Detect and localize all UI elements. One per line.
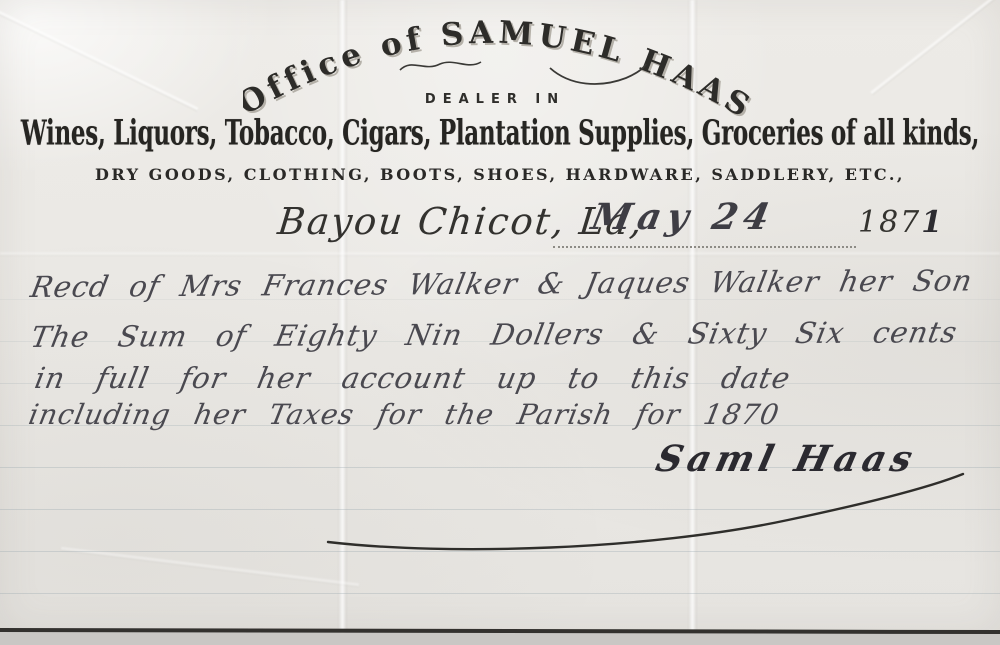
flourish-left-icon	[398, 56, 483, 76]
year-field: 1871	[858, 205, 944, 240]
flourish-right-icon	[548, 62, 648, 92]
year-handwritten-digit: 1	[921, 205, 944, 240]
handwriting-line-3: in full for her account up to this date	[32, 361, 794, 395]
dealer-in-line: DEALER IN	[0, 92, 990, 107]
signature-flourish-icon	[318, 458, 973, 553]
handwriting-line-2: The Sum of Eighty Nin Dollers & Sixty Si…	[28, 315, 960, 354]
scanned-receipt: Office of SAMUEL HAAS, Office of SAMUEL …	[0, 0, 1000, 645]
paper-bottom-edge	[0, 628, 1000, 634]
handwritten-date: May 24	[588, 196, 779, 238]
year-printed: 187	[858, 205, 921, 240]
goods-line-caps: DRY GOODS, CLOTHING, BOOTS, SHOES, HARDW…	[0, 165, 1000, 184]
arched-title: Office of SAMUEL HAAS, Office of SAMUEL …	[243, 10, 763, 128]
handwriting-line-1: Recd of Mrs Frances Walker & Jaques Walk…	[28, 263, 976, 304]
goods-line-blackletter: Wines, Liquors, Tobacco, Cigars, Plantat…	[0, 113, 1000, 154]
title-arc-text: Office of SAMUEL HAAS,	[243, 10, 759, 126]
handwriting-line-4: including her Taxes for the Parish for 1…	[26, 398, 782, 431]
